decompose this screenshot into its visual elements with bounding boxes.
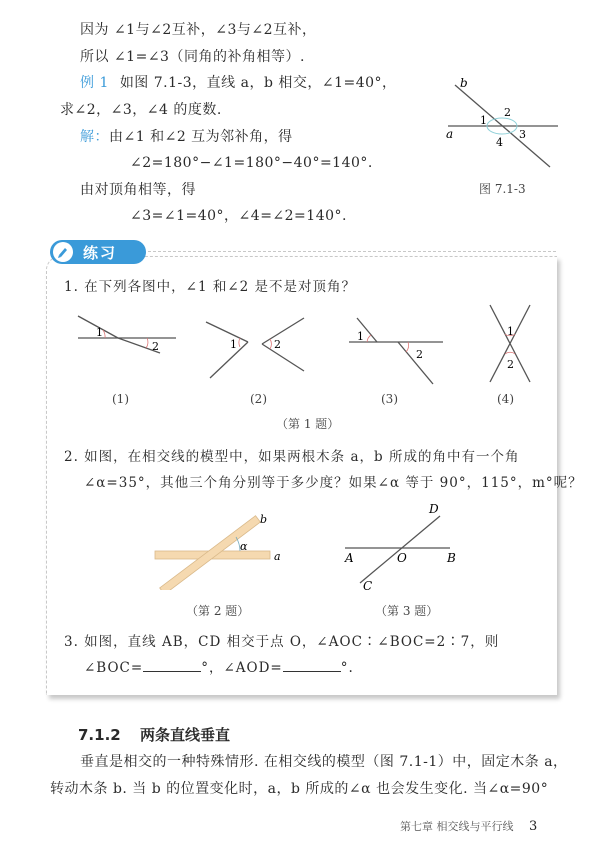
page-number: 3 [529,819,537,834]
exercise-badge: 练习 [50,240,146,264]
section-title: 两条直线垂直 [140,726,230,744]
label-B: B [446,551,456,565]
example-text: 如图 7.1-3，直线 a，b 相交，∠1=40°， [120,75,397,91]
solution-line-3: 由对顶角相等，得 [80,180,196,200]
question-1-text: 1. 在下列各图中，∠1 和∠2 是不是对顶角？ [64,277,356,297]
pencil-icon [53,242,73,262]
label-O: O [397,551,407,565]
label-angle-4: 4 [496,136,503,149]
label-alpha: α [240,540,248,553]
svg-text:1: 1 [230,338,237,351]
label-angle-3: 3 [519,128,526,141]
q1-subfig-4-label: (4) [497,392,514,406]
q1-subfigure-1: 1 2 [70,312,180,367]
page-footer: 第七章 相交线与平行线 3 [400,818,537,834]
svg-text:2: 2 [416,348,423,361]
svg-text:1: 1 [357,330,364,343]
solution-line-2: ∠2=180°−∠1=180°−40°=140°. [130,153,373,173]
label-C: C [363,579,372,593]
solution-label: 解： [80,129,109,145]
question-3-line-1: 3. 如图，直线 AB，CD 相交于点 O，∠AOC∶∠BOC=2∶7，则 [64,632,499,652]
solution-line-1: 解：由∠1 和∠2 互为邻补角，得 [80,127,293,147]
question-2-line-1: 2. 如图，在相交线的模型中，如果两根木条 a，b 所成的角中有一个角 [64,447,519,467]
label-b: b [460,76,468,90]
section-heading: 7.1.2 两条直线垂直 [78,724,230,745]
label-angle-1: 1 [480,114,487,127]
label-a: a [446,127,453,141]
label-D: D [428,502,439,516]
svg-text:2: 2 [507,358,514,371]
q1-caption: （第 1 题） [276,415,339,432]
q1-subfig-1-label: (1) [112,392,129,406]
boc-label: ∠BOC= [84,660,143,676]
section-number: 7.1.2 [78,726,121,744]
boc-answer-blank[interactable] [143,657,201,672]
section-paragraph-line-1: 垂直是相交的一种特殊情形. 在相交线的模型（图 7.1-1）中，固定木条 a， [80,752,568,772]
label-A: A [344,551,354,565]
figure-7-1-3-caption: 图 7.1-3 [479,180,526,197]
example-1: 例 1 如图 7.1-3，直线 a，b 相交，∠1=40°， [80,73,397,93]
svg-text:1: 1 [96,326,103,339]
svg-text:2: 2 [152,340,159,353]
aod-answer-blank[interactable] [283,657,341,672]
q1-subfigure-4: 1 2 [485,302,535,387]
q3-caption: （第 3 题） [375,602,438,619]
label-a: a [274,550,281,563]
svg-text:2: 2 [274,338,281,351]
label-angle-2: 2 [504,106,511,119]
q1-subfigure-2: 1 2 [200,312,310,382]
proof-line-2: 所以 ∠1=∠3（同角的补角相等）. [80,47,305,67]
section-paragraph-line-2: 转动木条 b. 当 b 的位置变化时，a，b 所成的∠α 也会发生变化. 当∠α… [50,779,548,799]
exercise-divider [148,251,556,252]
q3-figure: D A O B C [335,498,485,593]
q2-wood-model-figure: b α a [150,505,290,590]
example-label: 例 1 [80,75,109,91]
q1-subfig-3-label: (3) [381,392,398,406]
aod-label: ∠AOD= [223,660,282,676]
question-2-line-2: ∠α=35°，其他三个角分别等于多少度？如果∠α 等于 90°，115°，m°呢… [84,473,583,493]
svg-text:1: 1 [507,325,514,338]
q2-caption: （第 2 题） [186,602,249,619]
label-b: b [260,513,267,526]
q1-subfigure-3: 1 2 [345,312,445,387]
exercise-badge-label: 练习 [83,242,117,263]
solution-line-4: ∠3=∠1=40°，∠4=∠2=140°. [130,206,347,226]
question-3-line-2: ∠BOC=°，∠AOD=°. [84,657,354,678]
example-question: 求∠2，∠3，∠4 的度数. [60,100,222,120]
solution-text: 由∠1 和∠2 互为邻补角，得 [109,129,293,145]
proof-line-1: 因为 ∠1与∠2互补，∠3与∠2互补， [80,20,317,40]
chapter-title: 第七章 相交线与平行线 [400,820,514,833]
q1-subfig-2-label: (2) [250,392,267,406]
